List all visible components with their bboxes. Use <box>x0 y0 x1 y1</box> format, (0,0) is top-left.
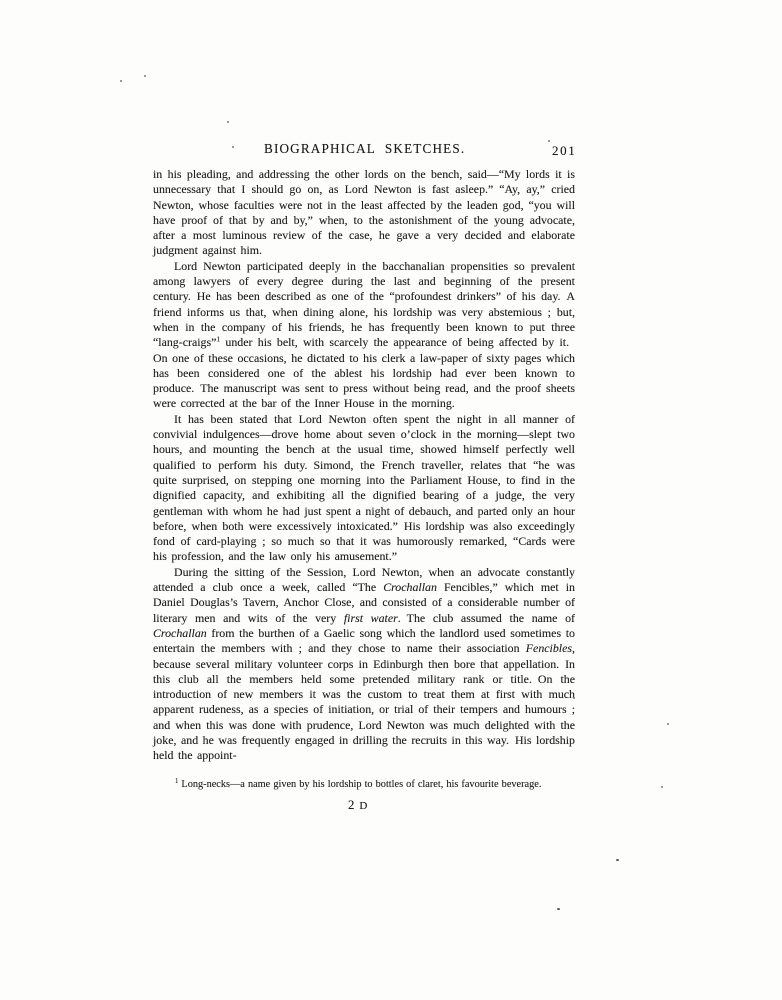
printer-signature: 2D <box>348 798 575 814</box>
scan-speck <box>548 140 550 142</box>
scan-speck <box>227 121 229 123</box>
page-body: in his pleading, and addressing the othe… <box>153 167 575 814</box>
scan-speck <box>144 75 146 77</box>
signature-number: 2 <box>348 798 355 812</box>
footnote: 1Long-necks—a name given by his lordship… <box>153 778 575 791</box>
footnote-marker: 1 <box>175 778 178 785</box>
footnote-text: Long-necks—a name given by his lordship … <box>181 779 541 790</box>
paragraph-night-indulgences: It has been stated that Lord Newton ofte… <box>153 412 575 565</box>
book-page: BIOGRAPHICAL SKETCHES. 201 in his pleadi… <box>0 0 782 1000</box>
scan-speck <box>616 859 619 861</box>
scan-speck <box>232 146 234 148</box>
scan-speck <box>661 786 663 788</box>
scan-speck <box>557 908 560 910</box>
paragraph-continuation: in his pleading, and addressing the othe… <box>153 167 575 259</box>
scan-speck <box>120 80 122 82</box>
paragraph-bacchanalian: Lord Newton participated deeply in the b… <box>153 259 575 412</box>
paragraph-crochallan-club: During the sitting of the Session, Lord … <box>153 565 575 764</box>
scan-speck <box>573 697 575 699</box>
running-header-title: BIOGRAPHICAL SKETCHES. <box>264 141 465 157</box>
page-number: 201 <box>552 143 576 159</box>
scan-speck <box>667 723 669 725</box>
signature-letter: D <box>359 800 368 812</box>
